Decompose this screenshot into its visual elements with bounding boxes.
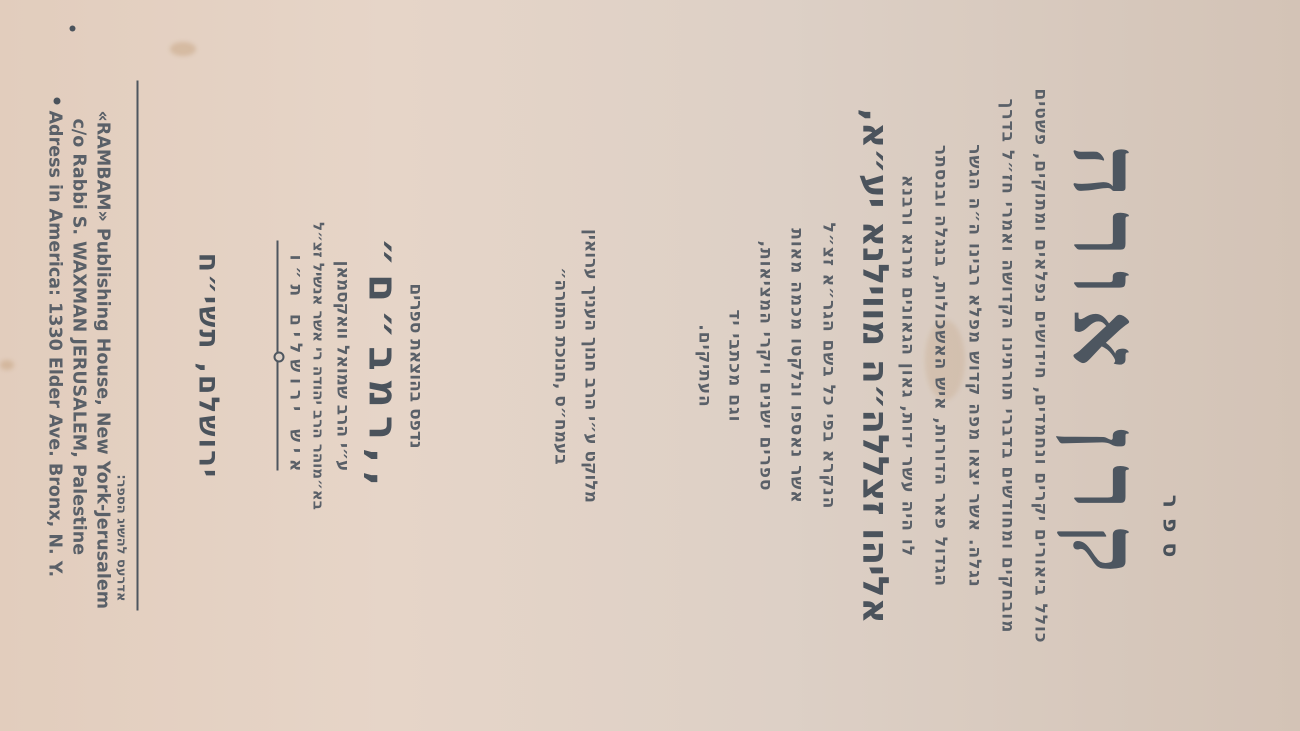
distribution-label: אדרעס להשיג הספר: (113, 474, 128, 601)
description-line: לו היה עשר ידות, גאון הגאונים מרנא ורבנא (897, 0, 917, 731)
publisher-line: איש ירושלים ת״ו (285, 0, 305, 731)
sefer-label: ספר (1157, 0, 1182, 731)
bullet-dot (53, 97, 60, 104)
publisher-line: נדפס בהוצאת ספרים (405, 0, 425, 731)
publisher-name: ,,רמב״ם״ (359, 0, 405, 731)
publisher-line: בא״מוהר הרב יהודה רי אשר אנשיל זצ״ל (309, 0, 327, 731)
compiler-line: בעמח״ס ,חנוכת התורה״ (550, 0, 570, 731)
rule-ornament-icon (273, 351, 284, 362)
description-line: הנקרא בפי כל בשם הגר״א זצ״ל (818, 0, 838, 731)
bottom-rule (136, 80, 138, 610)
bullet-dot (69, 25, 75, 31)
description-line: נגלה. אשר יצאו מפה קדוש מפלא רבינו ה״ה ה… (964, 0, 984, 731)
description-line: אשר נאספו ונלקטו מכמה מאות (786, 0, 806, 731)
author-name-line: אליהו זצללה״ה מווילנא יע״א, (854, 0, 895, 731)
compiler-line: מלוקט ע״י הרב חנוך העניך ערואין (580, 0, 600, 731)
description-line: וגם מכתבי יד (724, 0, 744, 731)
title-page: ספר קרן אורה כולל ביאורים יקרים ונחמדים,… (0, 0, 1300, 731)
distribution-line: c/o Rabbi S. WAXMAN JERUSALEM, Palestine (68, 118, 88, 731)
description-line: הגדול פאר הדורות, איש האשכולות, בנגלה וב… (930, 0, 950, 731)
distribution-line: Adress in America: 1330 Elder Ave. Bronx… (44, 110, 64, 731)
description-line: העתיקים. (694, 0, 714, 731)
publisher-line: ע״י הרב שמואל וואקסמאן (332, 0, 352, 731)
description-line: מובחקים ומחודשים בדברי תורתינו הקדושה וא… (997, 0, 1017, 731)
place-and-year: ירושלם, תשי״ח (192, 0, 225, 731)
distribution-line: «RAMBAM» Publishing House, New York-Jeru… (92, 110, 112, 731)
description-line: כולל ביאורים יקרים ונחמדים, חידושים נפלא… (1030, 0, 1050, 731)
book-title: קרן אורה (1052, 0, 1160, 731)
description-line: ספרים ישנים ויקרי המציאות, (755, 0, 775, 731)
